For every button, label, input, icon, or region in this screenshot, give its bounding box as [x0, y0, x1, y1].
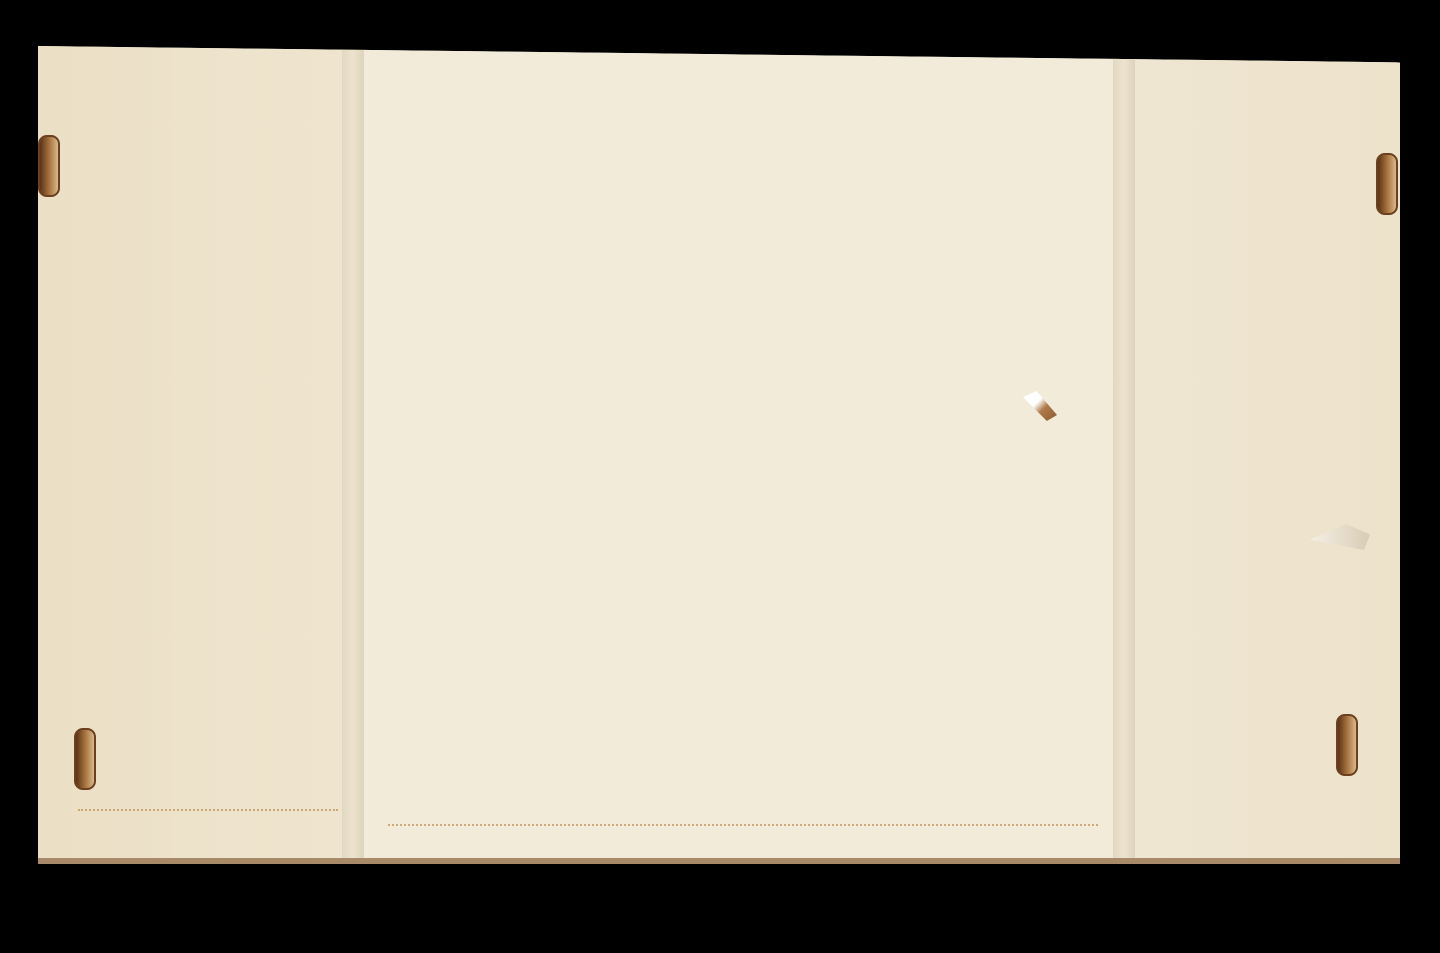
right-flap	[1133, 46, 1400, 864]
board-edge	[38, 858, 1400, 864]
folder-board	[38, 46, 1400, 864]
water-stain-center	[388, 821, 1098, 826]
slot-top-left	[38, 135, 60, 197]
slot-top-right	[1376, 153, 1398, 215]
slot-bottom-right	[1336, 714, 1358, 776]
water-stain-left	[78, 806, 338, 811]
center-panel	[363, 46, 1123, 864]
right-hinge	[1113, 46, 1135, 864]
left-hinge	[342, 46, 364, 864]
slot-bottom-left	[74, 728, 96, 790]
